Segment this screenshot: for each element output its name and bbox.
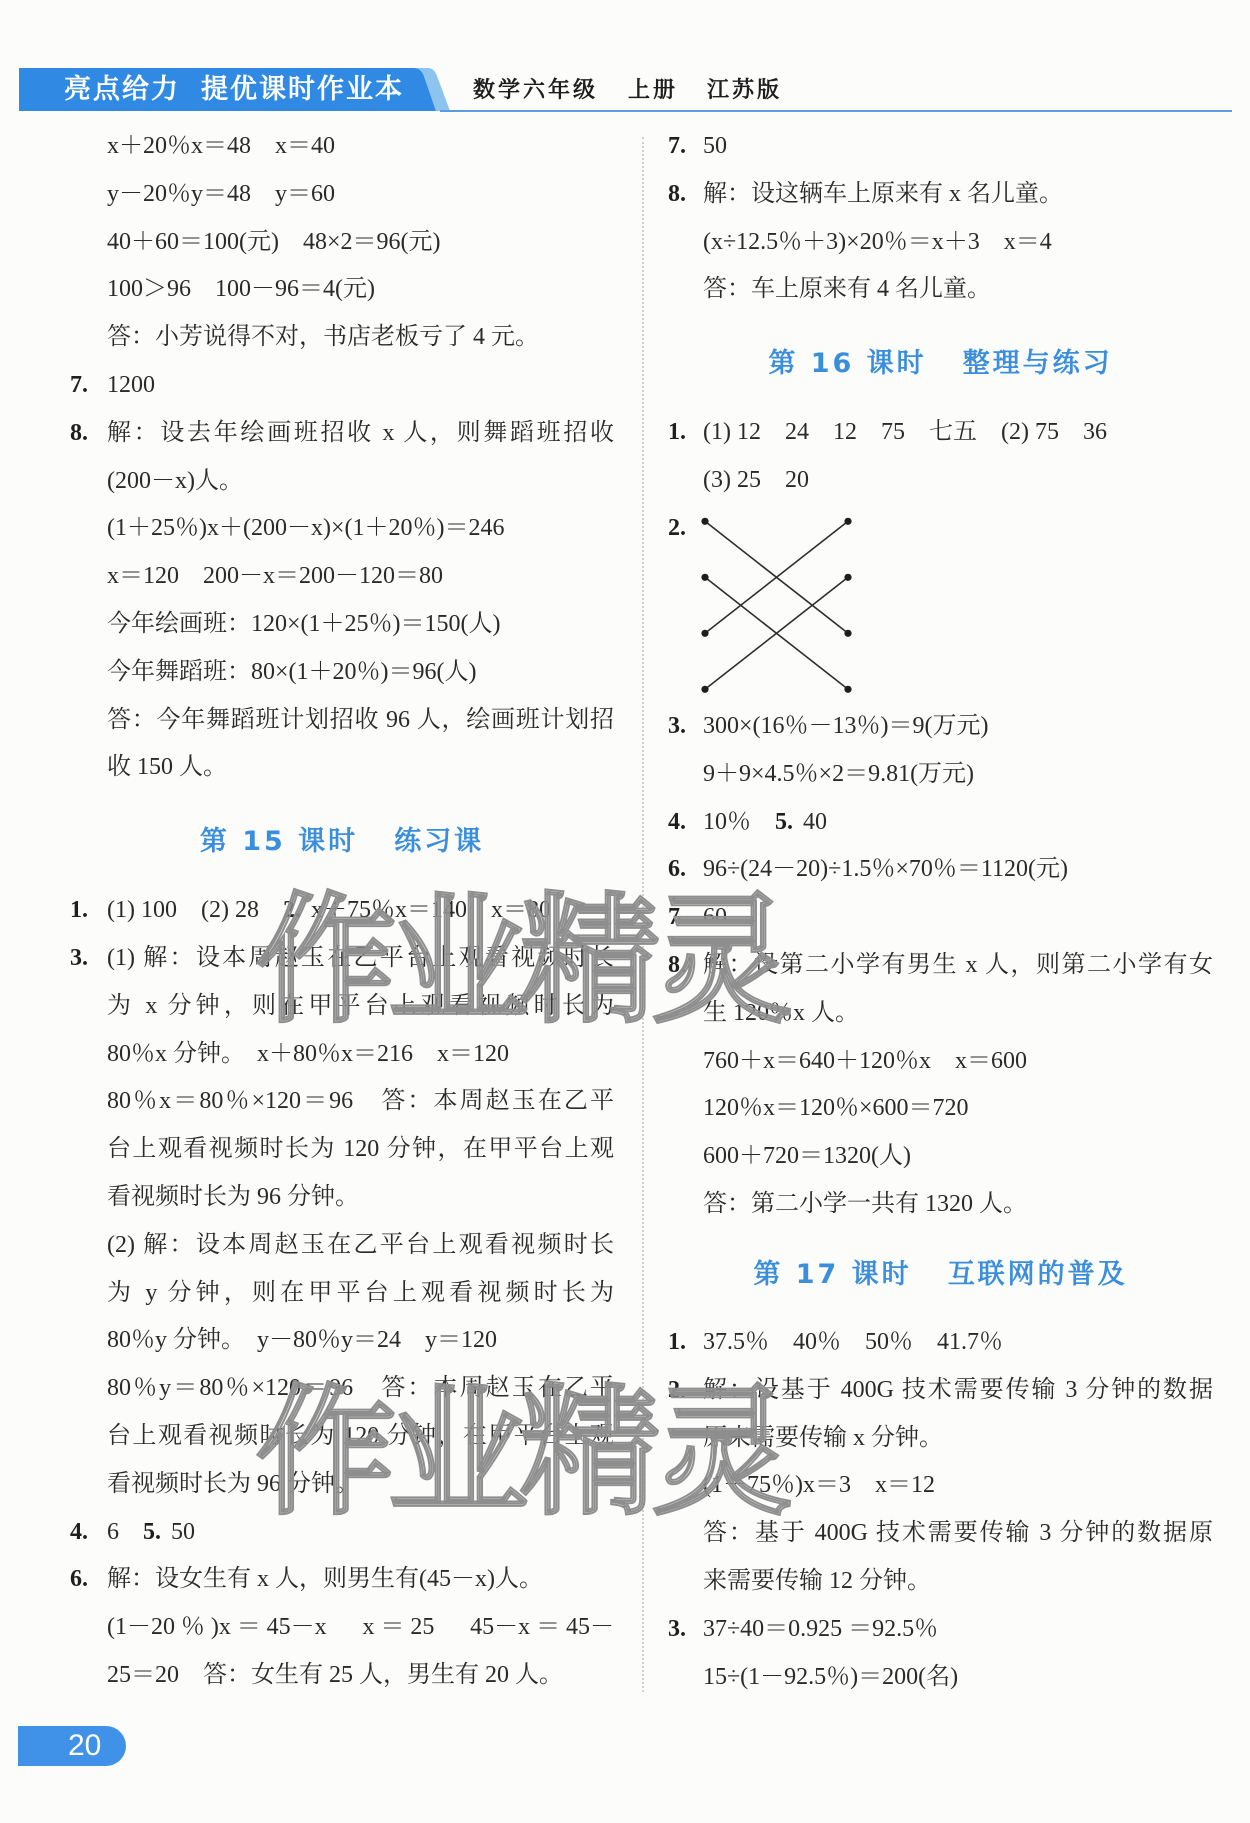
answer-line: 4.65.50: [70, 1509, 614, 1557]
answer-text: 来需要传输 12 分钟。: [703, 1568, 931, 1594]
answer-line: 答：车上原来有 4 名儿童。: [668, 266, 1213, 314]
lesson-title: 整理与练习: [963, 348, 1113, 379]
lesson-number: 第 17 课时: [753, 1259, 911, 1290]
answer-line: 答：基于 400G 技术需要传输 3 分钟的数据原: [668, 1510, 1213, 1558]
answer-text: 96÷(24－20)÷1.5％×70％＝1120(元): [703, 856, 1068, 882]
answer-line: 答：今年舞蹈班计划招收 96 人，绘画班计划招: [70, 697, 614, 745]
answer-text: 看视频时长为 96 分钟。: [107, 1184, 359, 1210]
question-number: 8.: [668, 171, 686, 219]
answer-text: 解：设女生有 x 人，则男生有(45－x)人。: [107, 1566, 543, 1592]
answer-text: 解：设第二小学有男生 x 人，则第二小学有女: [703, 952, 1213, 978]
answer-text: x＋20％x＝48 x＝40: [107, 133, 335, 159]
answer-line: 3.37÷40＝0.925 ＝92.5％: [668, 1606, 1213, 1654]
answer-line: 7.1200: [70, 362, 614, 410]
edition-label: 江苏版: [707, 76, 782, 106]
answer-text: 760＋x＝640＋120％x x＝600: [703, 1048, 1027, 1074]
dot-point: [844, 573, 851, 580]
answer-text: 120％x＝120％×600＝720: [703, 1095, 969, 1121]
answer-text: y－20％y＝48 y＝60: [107, 181, 335, 207]
right-column: 7.50 8.解：设这辆车上原来有 x 名儿童。 (x÷12.5％＋3)×20％…: [668, 123, 1213, 1701]
question-number: 6.: [668, 846, 686, 894]
question-number: 7.: [668, 123, 686, 171]
answer-line: 生 120％x 人。: [668, 990, 1213, 1038]
answer-text: 37÷40＝0.925 ＝92.5％: [703, 1616, 938, 1642]
answer-line: 80％y 分钟。 y－80％y＝24 y＝120: [70, 1317, 614, 1365]
answer-line: 80％x 分钟。 x＋80％x＝216 x＝120: [70, 1031, 614, 1079]
answer-line: 80％x＝80％×120＝96 答：本周赵玉在乙平: [70, 1078, 614, 1126]
question-number: 4.: [668, 799, 686, 847]
lesson-title: 练习课: [394, 826, 484, 857]
dot-point: [701, 573, 708, 580]
answer-line: 答：第二小学一共有 1320 人。: [668, 1181, 1213, 1229]
dot-point: [844, 629, 851, 636]
header-rule: [440, 110, 1232, 112]
answer-line: x＋20％x＝48 x＝40: [70, 123, 614, 171]
answer-text: 80％y 分钟。 y－80％y＝24 y＝120: [107, 1327, 497, 1353]
answer-line: 760＋x＝640＋120％x x＝600: [668, 1038, 1213, 1086]
answer-line: 原来需要传输 x 分钟。: [668, 1415, 1213, 1463]
answer-line: 9＋9×4.5％×2＝9.81(万元): [668, 751, 1213, 799]
answer-text: 看视频时长为 96 分钟。: [107, 1471, 359, 1497]
matching-lines-diagram: [668, 505, 898, 705]
dot-point: [701, 685, 708, 692]
answer-text: 今年绘画班：120×(1＋25％)＝150(人): [107, 611, 501, 637]
series-title-part-2: 提优课时作业本: [201, 68, 404, 111]
answer-text: 40: [803, 809, 827, 835]
answer-line: 7.50: [668, 123, 1213, 171]
answer-text: x＋75％x＝140 x＝80: [311, 897, 551, 923]
question-number: 7.: [668, 894, 686, 942]
answer-text: 答：今年舞蹈班计划招收 96 人，绘画班计划招: [107, 707, 614, 733]
lesson-heading-17: 第 17 课时互联网的普及: [668, 1229, 1213, 1319]
answer-line: 1.(1) 12 24 12 75 七五 (2) 75 36: [668, 409, 1213, 457]
answer-text: 50: [703, 133, 727, 159]
answer-line: 台上观看视频时长为 120 分钟，在甲平台上观: [70, 1413, 614, 1461]
answer-text: (1－20％)x＝45－x x＝25 45－x＝45－: [107, 1614, 614, 1640]
answer-line: 台上观看视频时长为 120 分钟，在甲平台上观: [70, 1126, 614, 1174]
dot-point: [701, 629, 708, 636]
answer-text: 6: [107, 1519, 119, 1545]
answer-text: 答：第二小学一共有 1320 人。: [703, 1191, 1027, 1217]
lesson-heading-16: 第 16 课时整理与练习: [668, 314, 1213, 409]
answer-text: 80％x 分钟。 x＋80％x＝216 x＝120: [107, 1041, 509, 1067]
answer-line: 为 y 分钟，则在甲平台上观看视频时长为: [70, 1270, 614, 1318]
answer-text: 原来需要传输 x 分钟。: [703, 1425, 943, 1451]
question-number: 7.: [70, 362, 88, 410]
question-number: 8.: [70, 410, 88, 458]
answer-text: (x÷12.5％＋3)×20％＝x＋3 x＝4: [703, 229, 1052, 255]
answer-line: (2) 解：设本周赵玉在乙平台上观看视频时长: [70, 1222, 614, 1270]
answer-text: (200－x)人。: [107, 468, 243, 494]
dot-point: [844, 685, 851, 692]
answer-line: x＝120 200－x＝200－120＝80: [70, 553, 614, 601]
answer-text: 300×(16％－13％)＝9(万元): [703, 713, 989, 739]
answer-text: 台上观看视频时长为 120 分钟，在甲平台上观: [107, 1423, 614, 1449]
answer-text: 解：设基于 400G 技术需要传输 3 分钟的数据: [703, 1377, 1213, 1403]
lesson-number: 第 15 课时: [200, 826, 358, 857]
answer-line: 8.解：设这辆车上原来有 x 名儿童。: [668, 171, 1213, 219]
answer-text: 台上观看视频时长为 120 分钟，在甲平台上观: [107, 1136, 614, 1162]
dot-point: [701, 517, 708, 524]
matching-diagram-block: 2.: [668, 505, 1213, 703]
answer-text: 为 y 分钟，则在甲平台上观看视频时长为: [107, 1280, 614, 1306]
answer-line: y－20％y＝48 y＝60: [70, 171, 614, 219]
page-number: 20: [68, 1726, 101, 1766]
answer-text: (1) 100 (2) 28: [107, 897, 259, 923]
question-number: 4.: [70, 1509, 88, 1557]
answer-line: 8.解：设第二小学有男生 x 人，则第二小学有女: [668, 942, 1213, 990]
question-number: 1.: [668, 409, 686, 457]
answer-line: 为 x 分钟，则在甲平台上观看视频时长为: [70, 983, 614, 1031]
left-column: x＋20％x＝48 x＝40 y－20％y＝48 y＝60 40＋60＝100(…: [70, 123, 614, 1700]
answer-line: 6.96÷(24－20)÷1.5％×70％＝1120(元): [668, 846, 1213, 894]
subject-grade: 数学六年级: [473, 76, 598, 106]
question-number: 2.: [283, 897, 301, 923]
page-number-badge: 20: [18, 1726, 126, 1766]
answer-text: 为 x 分钟，则在甲平台上观看视频时长为: [107, 993, 614, 1019]
answer-line: 7.60: [668, 894, 1213, 942]
answer-line: (1－20％)x＝45－x x＝25 45－x＝45－: [70, 1604, 614, 1652]
series-title-part-1: 亮点给力: [64, 68, 180, 111]
answer-line: 40＋60＝100(元) 48×2＝96(元): [70, 219, 614, 267]
answer-text: (1) 解：设本周赵玉在乙平台上观看视频时长: [107, 945, 614, 971]
answer-text: x＝120 200－x＝200－120＝80: [107, 563, 443, 589]
answer-line: 80％y＝80％×120＝96 答：本周赵玉在乙平: [70, 1365, 614, 1413]
answer-line: 看视频时长为 96 分钟。: [70, 1461, 614, 1509]
answer-text: 25＝20 答：女生有 25 人，男生有 20 人。: [107, 1662, 563, 1688]
answer-line: 1.37.5％ 40％ 50％ 41.7％: [668, 1319, 1213, 1367]
answer-text: 今年舞蹈班：80×(1＋20％)＝96(人): [107, 659, 477, 685]
answer-line: 今年绘画班：120×(1＋25％)＝150(人): [70, 601, 614, 649]
lesson-number: 第 16 课时: [768, 348, 926, 379]
answer-line: (200－x)人。: [70, 458, 614, 506]
answer-text: 37.5％ 40％ 50％ 41.7％: [703, 1329, 1003, 1355]
answer-text: (1＋25％)x＋(200－x)×(1＋20％)＝246: [107, 515, 505, 541]
answer-text: 50: [171, 1519, 195, 1545]
answer-line: 120％x＝120％×600＝720: [668, 1085, 1213, 1133]
question-number: 3.: [668, 703, 686, 751]
answer-text: 100＞96 100－96＝4(元): [107, 276, 375, 302]
question-number: 3.: [668, 1606, 686, 1654]
answer-line: 来需要传输 12 分钟。: [668, 1558, 1213, 1606]
answer-line: 100＞96 100－96＝4(元): [70, 266, 614, 314]
answer-text: 10％: [703, 809, 751, 835]
answer-line: 今年舞蹈班：80×(1＋20％)＝96(人): [70, 649, 614, 697]
answer-text: (1) 12 24 12 75 七五 (2) 75 36: [703, 419, 1107, 445]
question-number: 1.: [70, 887, 88, 935]
answer-text: (1－75％)x＝3 x＝12: [703, 1472, 935, 1498]
answer-text: 40＋60＝100(元) 48×2＝96(元): [107, 229, 441, 255]
answer-line: (1－75％)x＝3 x＝12: [668, 1462, 1213, 1510]
header-banner: [0, 0, 1250, 120]
answer-text: 答：车上原来有 4 名儿童。: [703, 276, 991, 302]
answer-line: 2.解：设基于 400G 技术需要传输 3 分钟的数据: [668, 1367, 1213, 1415]
answer-text: 解：设去年绘画班招收 x 人，则舞蹈班招收: [107, 420, 614, 446]
answer-text: 60: [703, 904, 727, 930]
question-number: 5.: [775, 809, 793, 835]
answer-line: 8.解：设去年绘画班招收 x 人，则舞蹈班招收: [70, 410, 614, 458]
answer-line: 看视频时长为 96 分钟。: [70, 1174, 614, 1222]
answer-text: 80％y＝80％×120＝96 答：本周赵玉在乙平: [107, 1375, 614, 1401]
dot-point: [844, 517, 851, 524]
answer-line: 1.(1) 100 (2) 282.x＋75％x＝140 x＝80: [70, 887, 614, 935]
answer-text: 答：小芳说得不对，书店老板亏了 4 元。: [107, 324, 539, 350]
answer-text: 答：基于 400G 技术需要传输 3 分钟的数据原: [703, 1520, 1213, 1546]
answer-line: (3) 25 20: [668, 457, 1213, 505]
answer-line: 3.300×(16％－13％)＝9(万元): [668, 703, 1213, 751]
answer-text: 80％x＝80％×120＝96 答：本周赵玉在乙平: [107, 1088, 614, 1114]
column-divider: [642, 137, 644, 1692]
answer-text: 15÷(1－92.5％)＝200(名): [703, 1664, 958, 1690]
lesson-heading-15: 第 15 课时练习课: [70, 792, 614, 887]
answer-line: (1＋25％)x＋(200－x)×(1＋20％)＝246: [70, 505, 614, 553]
answer-text: 1200: [107, 372, 155, 398]
answer-line: (x÷12.5％＋3)×20％＝x＋3 x＝4: [668, 219, 1213, 267]
answer-line: 15÷(1－92.5％)＝200(名): [668, 1654, 1213, 1702]
answer-text: 解：设这辆车上原来有 x 名儿童。: [703, 181, 1063, 207]
answer-line: 600＋720＝1320(人): [668, 1133, 1213, 1181]
answer-line: 3.(1) 解：设本周赵玉在乙平台上观看视频时长: [70, 935, 614, 983]
question-number: 8.: [668, 942, 686, 990]
question-number: 1.: [668, 1319, 686, 1367]
answer-line: 25＝20 答：女生有 25 人，男生有 20 人。: [70, 1652, 614, 1700]
answer-text: (2) 解：设本周赵玉在乙平台上观看视频时长: [107, 1232, 614, 1258]
answer-line: 答：小芳说得不对，书店老板亏了 4 元。: [70, 314, 614, 362]
question-number: 6.: [70, 1556, 88, 1604]
answer-line: 6.解：设女生有 x 人，则男生有(45－x)人。: [70, 1556, 614, 1604]
answer-text: 生 120％x 人。: [703, 1000, 859, 1026]
answer-line: 收 150 人。: [70, 744, 614, 792]
question-number: 2.: [668, 1367, 686, 1415]
answer-text: 收 150 人。: [107, 754, 227, 780]
answer-text: 9＋9×4.5％×2＝9.81(万元): [703, 761, 974, 787]
volume-label: 上册: [628, 76, 678, 106]
question-number: 3.: [70, 935, 88, 983]
question-number: 5.: [143, 1519, 161, 1545]
answer-text: (3) 25 20: [703, 467, 809, 493]
answer-text: 600＋720＝1320(人): [703, 1143, 911, 1169]
answer-line: 4.10％5.40: [668, 799, 1213, 847]
lesson-title: 互联网的普及: [948, 1259, 1128, 1290]
